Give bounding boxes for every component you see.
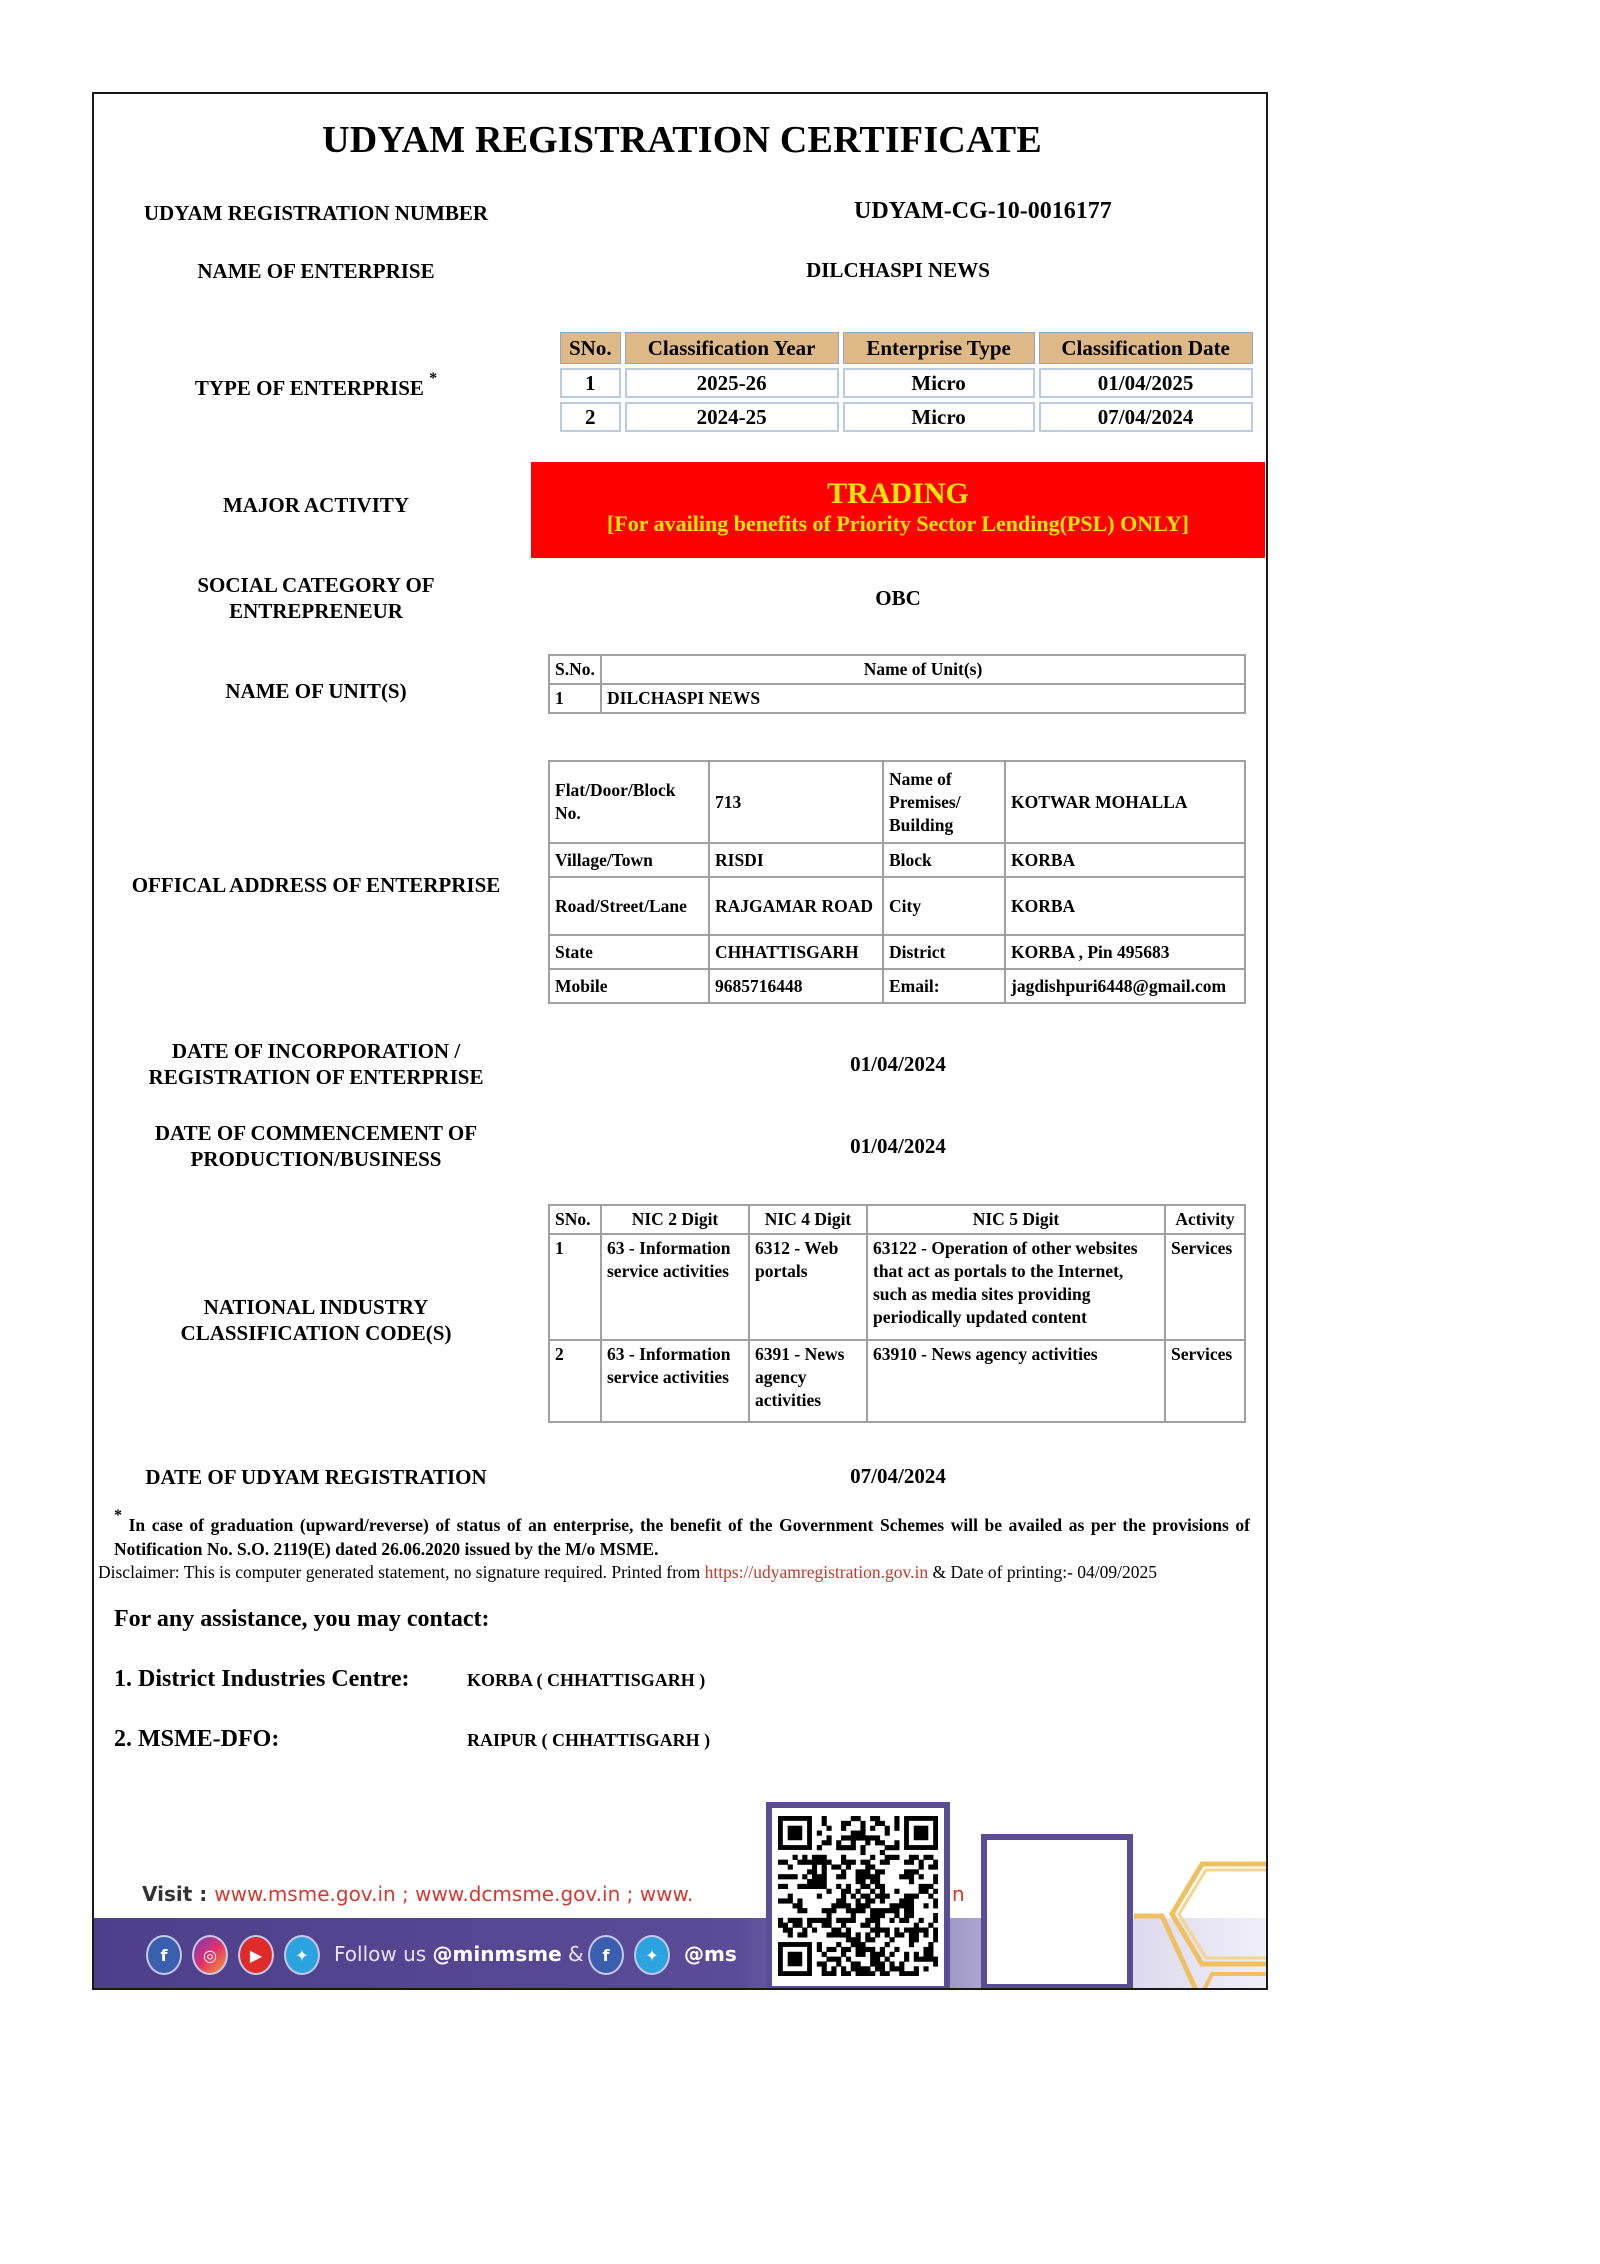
header-sno: S.No. [549,655,601,684]
visit-label: Visit : [142,1882,214,1906]
commencement-label-line1: DATE OF COMMENCEMENT OF [96,1120,536,1146]
cell: 2024-25 [625,402,839,432]
udyam-date-value: 07/04/2024 [531,1464,1265,1489]
table-row: 2 2024-25 Micro 07/04/2024 [560,402,1253,432]
footnote-text: In case of graduation (upward/reverse) o… [114,1515,1250,1559]
enterprise-name-value: DILCHASPI NEWS [531,258,1265,283]
header-activity: Activity [1165,1205,1245,1234]
msme-links-tail: n [952,1882,965,1906]
table-row: State CHHATTISGARH District KORBA , Pin … [549,935,1245,969]
header-classification-year: Classification Year [625,332,839,364]
printing-date: & Date of printing:- 04/09/2025 [928,1562,1157,1582]
table-row: Flat/Door/Block No. 713 Name of Premises… [549,761,1245,843]
qr-code-icon [778,1816,938,1976]
follow-text: Follow us [334,1942,433,1966]
address-field-label: Email: [883,969,1005,1003]
msme-dfo-label: 2. MSME-DFO: [114,1726,279,1753]
nic-label: NATIONAL INDUSTRY CLASSIFICATION CODE(S) [96,1294,536,1346]
address-field-value: RAJGAMAR ROAD [709,877,883,935]
cell: 63910 - News agency activities [867,1340,1165,1422]
cell: 63 - Information service activities [601,1234,749,1340]
asterisk-marker: * [429,370,437,387]
classification-table: SNo. Classification Year Enterprise Type… [556,328,1257,436]
address-field-label: Flat/Door/Block No. [549,761,709,843]
cell: Services [1165,1234,1245,1340]
major-activity-note: [For availing benefits of Priority Secto… [531,510,1265,538]
unit-names-label: NAME OF UNIT(S) [96,678,536,704]
handle-msme-text: @ms [684,1942,737,1966]
social-category-label-line2: ENTREPRENEUR [96,598,536,624]
disclaimer-text: Disclaimer: This is computer generated s… [98,1562,705,1582]
table-row: 1 2025-26 Micro 01/04/2025 [560,368,1253,398]
social-category-label: SOCIAL CATEGORY OF ENTREPRENEUR [96,572,536,624]
nic-table: SNo. NIC 2 Digit NIC 4 Digit NIC 5 Digit… [548,1204,1246,1423]
nic-label-line2: CLASSIFICATION CODE(S) [96,1320,536,1346]
dic-value: KORBA ( CHHATTISGARH ) [467,1670,705,1691]
address-field-label: City [883,877,1005,935]
enterprise-type-label-text: TYPE OF ENTERPRISE [195,376,424,400]
cell: 6391 - News agency activities [749,1340,867,1422]
twitter-icon[interactable]: ✦ [634,1935,670,1975]
cell: 2 [560,402,621,432]
registration-number-label: UDYAM REGISTRATION NUMBER [96,200,536,226]
ampersand: & [562,1942,584,1966]
header-classification-date: Classification Date [1039,332,1253,364]
enterprise-name-label: NAME OF ENTERPRISE [96,258,536,284]
msme-dfo-value: RAIPUR ( CHHATTISGARH ) [467,1730,710,1751]
social-category-label-line1: SOCIAL CATEGORY OF [96,572,536,598]
asterisk-marker: * [114,1507,122,1524]
address-field-label: Name of Premises/ Building [883,761,1005,843]
msme-links[interactable]: www.msme.gov.in ; www.dcmsme.gov.in ; ww… [214,1882,693,1906]
table-row: Village/Town RISDI Block KORBA [549,843,1245,877]
incorporation-label-line2: REGISTRATION OF ENTERPRISE [96,1064,536,1090]
address-field-label: Village/Town [549,843,709,877]
dic-label: 1. District Industries Centre: [114,1666,410,1693]
major-activity-value: TRADING [531,478,1265,510]
social-category-value: OBC [531,586,1265,611]
cell: 2 [549,1340,601,1422]
cell: Micro [843,402,1035,432]
address-field-label: Mobile [549,969,709,1003]
cell: 1 [549,684,601,713]
address-field-label: District [883,935,1005,969]
header-nic2: NIC 2 Digit [601,1205,749,1234]
youtube-icon[interactable]: ▶ [238,1935,274,1975]
visit-links: Visit : www.msme.gov.in ; www.dcmsme.gov… [142,1882,693,1906]
commencement-label: DATE OF COMMENCEMENT OF PRODUCTION/BUSIN… [96,1120,536,1172]
twitter-icon[interactable]: ✦ [284,1935,320,1975]
photo-placeholder [981,1834,1133,1990]
incorporation-label-line1: DATE OF INCORPORATION / [96,1038,536,1064]
address-field-value: CHHATTISGARH [709,935,883,969]
udyam-portal-link[interactable]: https://udyamregistration.gov.in [705,1562,928,1582]
table-row: 1 63 - Information service activities 63… [549,1234,1245,1340]
footnote: * In case of graduation (upward/reverse)… [114,1508,1250,1561]
page-title: UDYAM REGISTRATION CERTIFICATE [94,118,1268,162]
address-field-label: State [549,935,709,969]
cell: 1 [560,368,621,398]
commencement-date: 01/04/2024 [531,1134,1265,1159]
follow-us: Follow us @minmsme & [334,1942,584,1966]
facebook-icon[interactable]: f [146,1935,182,1975]
cell: 07/04/2024 [1039,402,1253,432]
address-table: Flat/Door/Block No. 713 Name of Premises… [548,760,1246,1004]
handle-minmsme[interactable]: @minmsme [433,1942,562,1966]
certificate: UDYAM REGISTRATION CERTIFICATE UDYAM REG… [92,92,1268,1990]
header-nic5: NIC 5 Digit [867,1205,1165,1234]
table-row: 1 DILCHASPI NEWS [549,684,1245,713]
table-row: 2 63 - Information service activities 63… [549,1340,1245,1422]
header-nic4: NIC 4 Digit [749,1205,867,1234]
qr-code [766,1802,950,1990]
email-value: jagdishpuri6448@gmail.com [1005,969,1245,1003]
table-row: Road/Street/Lane RAJGAMAR ROAD City KORB… [549,877,1245,935]
cell: 2025-26 [625,368,839,398]
assistance-heading: For any assistance, you may contact: [114,1606,490,1633]
disclaimer: Disclaimer: This is computer generated s… [98,1562,1268,1583]
address-label: OFFICAL ADDRESS OF ENTERPRISE [96,872,536,898]
address-field-value: 9685716448 [709,969,883,1003]
major-activity-banner: TRADING [For availing benefits of Priori… [531,462,1265,558]
facebook-icon[interactable]: f [588,1935,624,1975]
address-field-value: KOTWAR MOHALLA [1005,761,1245,843]
instagram-icon[interactable]: ◎ [192,1935,228,1975]
address-field-value: KORBA [1005,843,1245,877]
cell: Services [1165,1340,1245,1422]
incorporation-label: DATE OF INCORPORATION / REGISTRATION OF … [96,1038,536,1090]
major-activity-label: MAJOR ACTIVITY [96,492,536,518]
cell: 63 - Information service activities [601,1340,749,1422]
hexagon-decoration-icon [1134,1834,1268,1990]
address-field-value: KORBA [1005,877,1245,935]
address-field-value: RISDI [709,843,883,877]
header-sno: SNo. [549,1205,601,1234]
nic-label-line1: NATIONAL INDUSTRY [96,1294,536,1320]
cell: 63122 - Operation of other websites that… [867,1234,1165,1340]
commencement-label-line2: PRODUCTION/BUSINESS [96,1146,536,1172]
address-field-label: Road/Street/Lane [549,877,709,935]
registration-number-value: UDYAM-CG-10-0016177 [714,198,1268,225]
cell: 1 [549,1234,601,1340]
incorporation-date: 01/04/2024 [531,1052,1265,1077]
address-field-value: 713 [709,761,883,843]
cell: Micro [843,368,1035,398]
header-sno: SNo. [560,332,621,364]
cell: 01/04/2025 [1039,368,1253,398]
cell: 6312 - Web portals [749,1234,867,1340]
handle-msme[interactable]: @ms [684,1942,737,1966]
address-field-label: Block [883,843,1005,877]
udyam-date-label: DATE OF UDYAM REGISTRATION [96,1464,536,1490]
enterprise-type-label: TYPE OF ENTERPRISE * [96,370,536,401]
header-enterprise-type: Enterprise Type [843,332,1035,364]
table-row: Mobile 9685716448 Email: jagdishpuri6448… [549,969,1245,1003]
address-field-value: KORBA , Pin 495683 [1005,935,1245,969]
cell: DILCHASPI NEWS [601,684,1245,713]
header-unit-name: Name of Unit(s) [601,655,1245,684]
unit-names-table: S.No. Name of Unit(s) 1 DILCHASPI NEWS [548,654,1246,714]
